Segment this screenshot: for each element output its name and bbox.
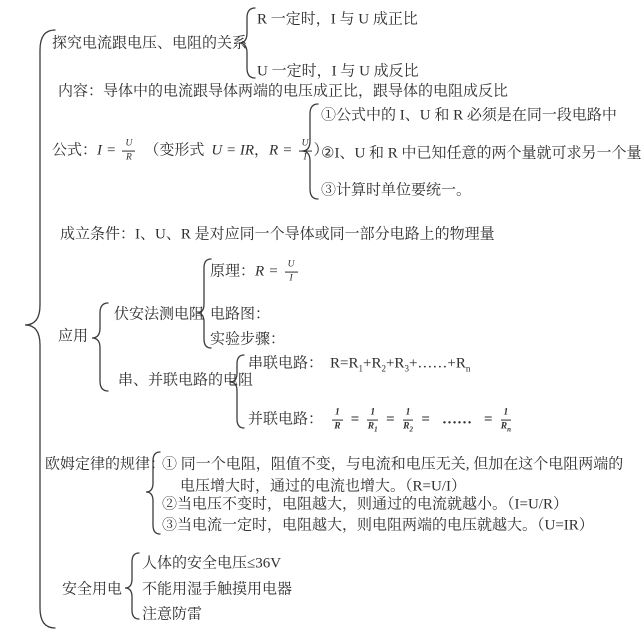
parallel-label: 并联电路：: [248, 410, 323, 430]
fraction-1-over-r2: 1 R2: [403, 408, 414, 433]
principle-var-r: R: [255, 262, 264, 282]
parallel-equals-3: =: [421, 410, 430, 430]
rule-1-line-2: 电压增大时，通过的电流也增大。（R=U/I）: [180, 477, 466, 497]
principle-label: 原理：: [210, 262, 255, 282]
formula-equals-2: =: [283, 141, 291, 161]
rule-1-line-1: ① 同一个电阻，阻值不变，与电流和电压无关, 但加在这个电阻两端的: [162, 455, 623, 475]
series-circuit-line: 串联电路： R=R1+R2+R3+……+Rn: [248, 354, 470, 374]
safety-item-lightning: 注意防雷: [142, 605, 202, 625]
principle-equals: =: [269, 262, 277, 282]
formula-variant-prefix: （变形式: [144, 141, 204, 161]
application-brace: [92, 303, 108, 391]
fraction-u-over-r: U R: [122, 139, 135, 164]
parallel-ellipsis: ……: [442, 410, 472, 430]
formula-var-r: R: [269, 141, 278, 161]
rule-3: ③当电流一定时，电阻越大，则电阻两端的电压就越大。（U=IR）: [162, 516, 594, 536]
parallel-equals-4: =: [484, 410, 493, 430]
formula-var-i: I: [97, 141, 102, 161]
circuit-diagram-label: 电路图：: [210, 305, 270, 325]
formula-note-2: ②I、U 和 R 中已知任意的两个量就可求另一个量: [321, 144, 641, 164]
formula-label: 公式：: [52, 141, 97, 161]
formula-note-1: ①公式中的 I、U 和 R 必须是在同一段电路中: [321, 106, 617, 126]
safety-item-voltage: 人体的安全电压≤36V: [142, 554, 281, 574]
fraction-1-over-r: 1 R: [332, 408, 343, 433]
safety-item-wet-hands: 不能用湿手触摸用电器: [142, 580, 292, 600]
content-statement: 内容：导体中的电流跟导体两端的电压成正比，跟导体的电阻成反比: [58, 82, 508, 102]
explore-case-direct: R 一定时，I 与 U 成正比: [257, 10, 418, 30]
parallel-equals-2: =: [386, 410, 395, 430]
formula-equals-1: =: [107, 141, 115, 161]
parallel-circuit-line: 并联电路： 1 R = 1 R1 = 1 R2 = …… = 1 Rn: [248, 408, 513, 433]
fraction-1-over-r1: 1 R1: [367, 408, 378, 433]
explore-case-inverse: U 一定时，I 与 U 成反比: [257, 62, 419, 82]
rules-label: 欧姆定律的规律：: [45, 455, 165, 475]
formula-comma: ，: [254, 141, 269, 161]
rule-2: ②当电压不变时，电阻越大，则通过的电流就越小。（I=U/R）: [162, 495, 568, 515]
formula-note-3: ③计算时单位要统一。: [321, 181, 471, 201]
fraction-u-over-i-principle: U I: [285, 260, 298, 285]
fraction-u-over-i: U I: [299, 139, 312, 164]
series-parallel-brace: [230, 355, 244, 428]
formula-line: 公式： I = U R （变形式 U = IR ， R = U I ）: [52, 139, 329, 164]
principle-line: 原理： R = U I: [210, 260, 300, 285]
safety-label: 安全用电: [62, 580, 122, 600]
parallel-equals-1: =: [351, 410, 360, 430]
condition-statement: 成立条件：I、U、R 是对应同一个导体或同一部分电路上的物理量: [60, 225, 495, 245]
series-formula: R=R1+R2+R3+……+Rn: [330, 354, 470, 374]
formula-variant-u-ir: U = IR: [211, 141, 254, 161]
series-parallel-label: 串、并联电路的电阻: [118, 371, 253, 391]
application-label: 应用: [58, 327, 88, 347]
experiment-steps-label: 实验步骤：: [210, 330, 285, 350]
explore-label: 探究电流跟电压、电阻的关系: [52, 34, 247, 54]
safety-brace: [125, 553, 139, 619]
series-label: 串联电路：: [248, 354, 323, 374]
ohms-law-concept-map: 探究电流跟电压、电阻的关系 R 一定时，I 与 U 成正比 U 一定时，I 与 …: [0, 0, 641, 636]
fraction-1-over-rn: 1 Rn: [501, 408, 512, 433]
volt-ampere-label: 伏安法测电阻: [114, 305, 204, 325]
root-brace: [25, 30, 55, 628]
volt-ampere-brace: [197, 259, 211, 348]
